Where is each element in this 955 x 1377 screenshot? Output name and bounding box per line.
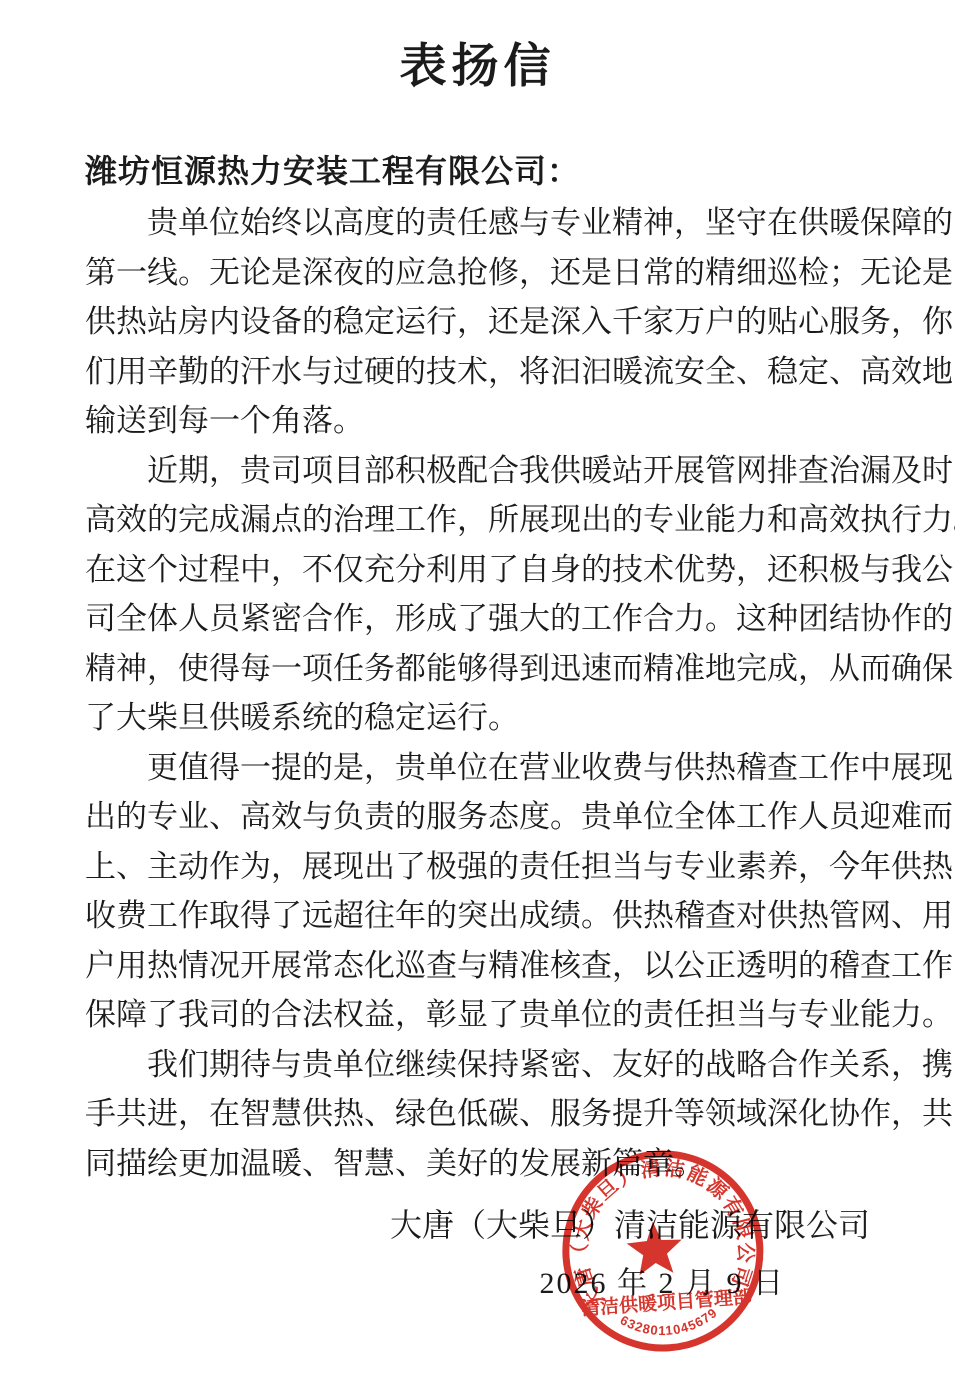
paragraph-line: 上、主动作为，展现出了极强的责任担当与专业素养，今年供热 [85, 842, 890, 892]
paragraph-line: 输送到每一个角落。 [85, 396, 890, 446]
commendation-letter-page: 表扬信 潍坊恒源热力安装工程有限公司： 贵单位始终以高度的责任感与专业精神，坚守… [0, 0, 955, 1377]
paragraph-line: 供热站房内设备的稳定运行，还是深入千家万户的贴心服务，你 [85, 297, 890, 347]
paragraph-line: 司全体人员紧密合作，形成了强大的工作合力。这种团结协作的 [85, 594, 890, 644]
paragraph-line: 收费工作取得了远超往年的突出成绩。供热稽查对供热管网、用 [85, 891, 890, 941]
paragraph-line: 第一线。无论是深夜的应急抢修，还是日常的精细巡检；无论是 [85, 248, 890, 298]
paragraph-line: 们用辛勤的汗水与过硬的技术，将汩汩暖流安全、稳定、高效地 [85, 347, 890, 397]
letter-title: 表扬信 [0, 0, 955, 98]
paragraph-line: 户用热情况开展常态化巡查与精准核查，以公正透明的稽查工作， [85, 941, 890, 991]
star-icon [625, 1220, 684, 1276]
seal-banner-text: 清洁供暖项目管理部 [580, 1285, 752, 1320]
paragraph-line: 高效的完成漏点的治理工作，所展现出的专业能力和高效执行力。 [85, 495, 890, 545]
paragraph-line: 近期，贵司项目部积极配合我供暖站开展管网排查治漏及时 [85, 446, 890, 496]
paragraph-line: 保障了我司的合法权益，彰显了贵单位的责任担当与专业能力。 [85, 990, 890, 1040]
recipient-salutation: 潍坊恒源热力安装工程有限公司： [85, 148, 890, 194]
paragraph-line: 在这个过程中，不仅充分利用了自身的技术优势，还积极与我公 [85, 545, 890, 595]
letter-paragraphs: 贵单位始终以高度的责任感与专业精神，坚守在供暖保障的 第一线。无论是深夜的应急抢… [85, 198, 890, 1188]
letter-body: 潍坊恒源热力安装工程有限公司： 贵单位始终以高度的责任感与专业精神，坚守在供暖保… [85, 148, 890, 1306]
paragraph-line: 贵单位始终以高度的责任感与专业精神，坚守在供暖保障的 [85, 198, 890, 248]
paragraph-line: 我们期待与贵单位继续保持紧密、友好的战略合作关系，携 [85, 1040, 890, 1090]
paragraph-line: 更值得一提的是，贵单位在营业收费与供热稽查工作中展现 [85, 743, 890, 793]
company-seal-stamp: 大唐（大柴旦）清洁能源有限公司 清洁供暖项目管理部 6328011045679 [543, 1133, 782, 1372]
paragraph-line: 了大柴旦供暖系统的稳定运行。 [85, 693, 890, 743]
paragraph-line: 手共进，在智慧供热、绿色低碳、服务提升等领域深化协作，共 [85, 1089, 890, 1139]
paragraph-line: 出的专业、高效与负责的服务态度。贵单位全体工作人员迎难而 [85, 792, 890, 842]
paragraph-line: 精神，使得每一项任务都能够得到迅速而精准地完成，从而确保 [85, 644, 890, 694]
